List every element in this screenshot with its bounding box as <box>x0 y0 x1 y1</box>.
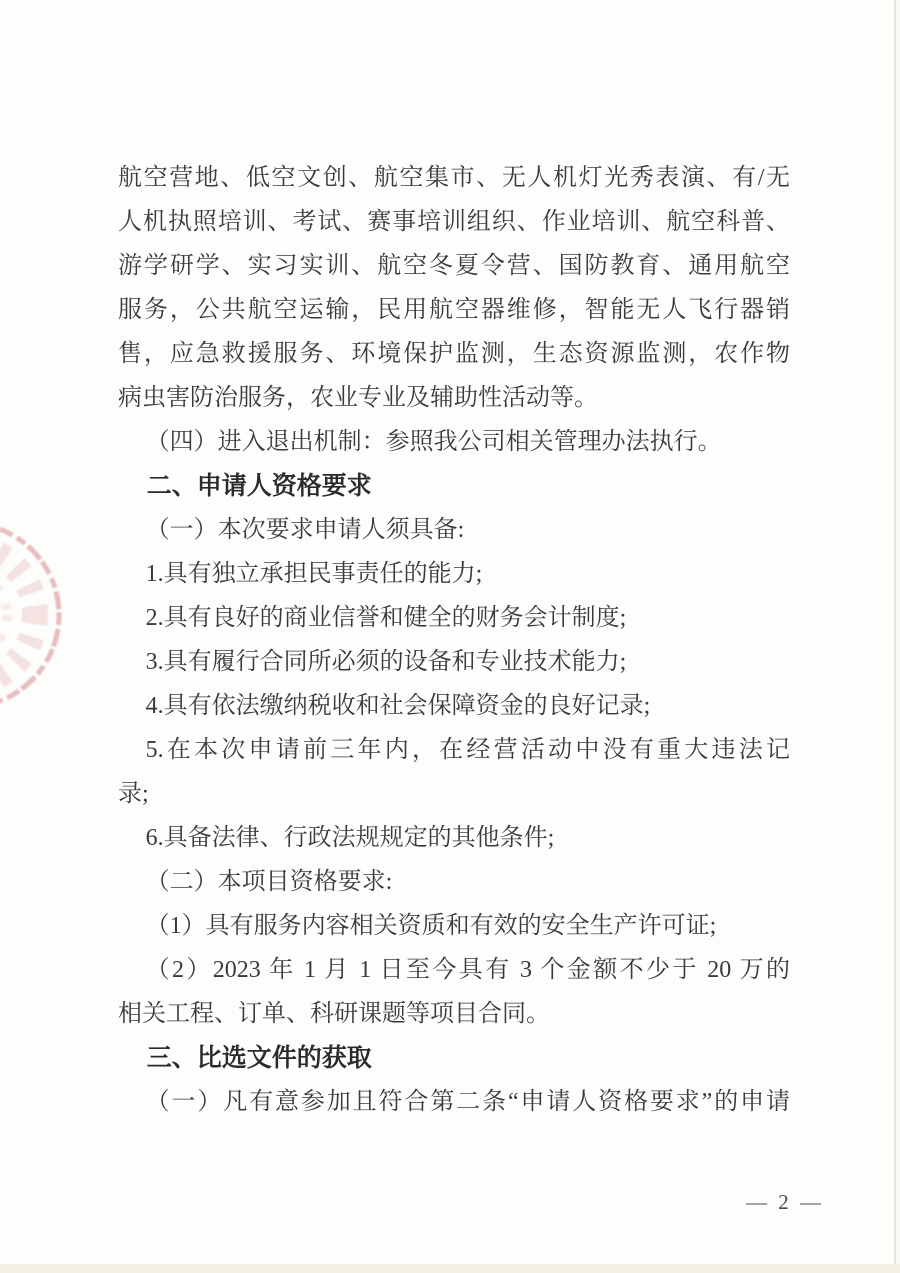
document-body: 航空营地、低空文创、航空集市、无人机灯光秀表演、有/无人机执照培训、考试、赛事培… <box>118 156 790 1124</box>
text-line: 4.具有依法缴纳税收和社会保障资金的良好记录; <box>118 684 790 728</box>
text-line: 1.具有独立承担民事责任的能力; <box>118 552 790 596</box>
text-line: 服务，公共航空运输，民用航空器维修，智能无人飞行器销 <box>118 288 790 332</box>
scan-edge-bottom-strip <box>0 1264 900 1273</box>
section-heading: 三、比选文件的获取 <box>118 1036 790 1080</box>
text-line: 病虫害防治服务，农业专业及辅助性活动等。 <box>118 376 790 420</box>
scanned-document-page: 航空营地、低空文创、航空集市、无人机灯光秀表演、有/无人机执照培训、考试、赛事培… <box>0 0 900 1273</box>
text-line: 5.在本次申请前三年内，在经营活动中没有重大违法记 <box>118 728 790 772</box>
text-line: （1）具有服务内容相关资质和有效的安全生产许可证; <box>118 904 790 948</box>
text-line: 航空营地、低空文创、航空集市、无人机灯光秀表演、有/无 <box>118 156 790 200</box>
text-line: （四）进入退出机制：参照我公司相关管理办法执行。 <box>118 420 790 464</box>
text-line: 售，应急救援服务、环境保护监测，生态资源监测，农作物 <box>118 332 790 376</box>
text-line: 6.具备法律、行政法规规定的其他条件; <box>118 816 790 860</box>
text-line: 录; <box>118 772 790 816</box>
text-line: （2）2023 年 1 月 1 日至今具有 3 个金额不少于 20 万的 <box>118 948 790 992</box>
page-number: — 2 — <box>746 1190 824 1215</box>
red-seal-stamp <box>0 498 68 733</box>
text-line: 游学研学、实习实训、航空冬夏令营、国防教育、通用航空 <box>118 244 790 288</box>
text-line: 3.具有履行合同所必须的设备和专业技术能力; <box>118 640 790 684</box>
text-line: 相关工程、订单、科研课题等项目合同。 <box>118 992 790 1036</box>
text-line: 人机执照培训、考试、赛事培训组织、作业培训、航空科普、 <box>118 200 790 244</box>
section-heading: 二、申请人资格要求 <box>118 464 790 508</box>
text-line: （二）本项目资格要求: <box>118 860 790 904</box>
text-line: （一）凡有意参加且符合第二条“申请人资格要求”的申请 <box>118 1080 790 1124</box>
scan-edge-right-margin <box>896 0 900 1273</box>
text-line: 2.具有良好的商业信誉和健全的财务会计制度; <box>118 596 790 640</box>
scan-edge-right-line <box>894 0 896 1273</box>
text-line: （一）本次要求申请人须具备: <box>118 508 790 552</box>
